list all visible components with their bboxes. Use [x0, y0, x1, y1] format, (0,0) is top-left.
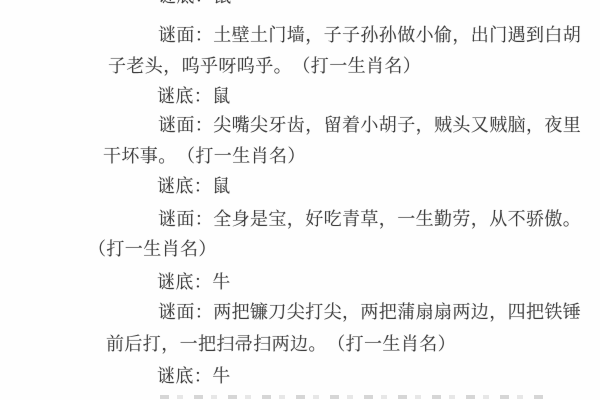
riddle-face-continuation-line: 前后打，一把扫帚扫两边。 （打一生肖名） [106, 335, 456, 354]
riddle-face-line: 谜面：尖嘴尖牙齿，留着小胡子，贼头又贼脑，夜里 [158, 116, 581, 135]
riddle-answer-line: 谜底：牛 [157, 273, 231, 292]
riddle-face-line: 谜面：土壁土门墙，子子孙孙做小偷，出门遇到白胡 [158, 26, 581, 45]
riddle-answer-line-cropped-top: 谜底：鼠 [158, 0, 232, 6]
riddle-face-continuation-line: 子老头，呜乎呀呜乎。 （打一生肖名） [108, 57, 421, 76]
riddle-answer-line: 谜底：牛 [157, 367, 231, 386]
riddle-face-line: 谜面：全身是宝，好吃青草，一生勤劳，从不骄傲。 [158, 210, 581, 229]
cropped-next-line-tips [160, 395, 548, 399]
riddle-face-line: 谜面：两把镰刀尖打尖，两把蒲扇扇两边，四把铁锤 [158, 303, 581, 322]
riddle-face-continuation-line: （打一生肖名） [88, 240, 217, 259]
riddle-face-continuation-line: 干坏事。 （打一生肖名） [103, 147, 306, 166]
riddle-answer-line: 谜底：鼠 [157, 177, 231, 196]
riddle-answer-line: 谜底：鼠 [157, 87, 231, 106]
document-page: 谜底：鼠 谜面：土壁土门墙，子子孙孙做小偷，出门遇到白胡 子老头，呜乎呀呜乎。 … [0, 0, 600, 400]
